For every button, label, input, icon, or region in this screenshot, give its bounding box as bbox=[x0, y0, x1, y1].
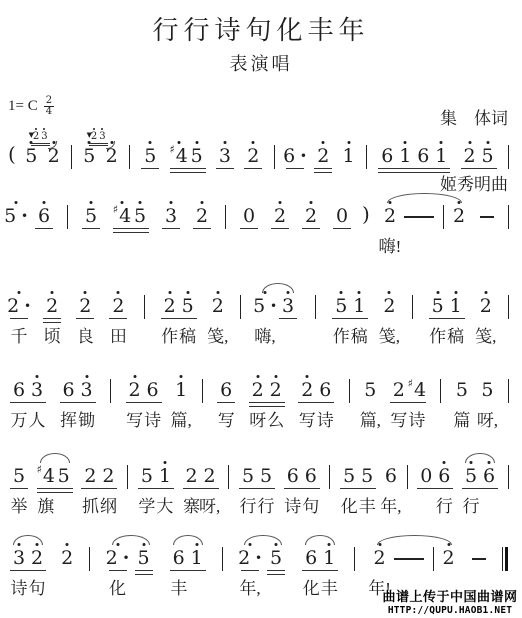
lyric: 呀, bbox=[477, 411, 498, 431]
lyric: 丰 bbox=[359, 497, 376, 517]
octave-dot bbox=[322, 141, 325, 144]
digit-row: 5 bbox=[432, 296, 444, 316]
note: 2 bbox=[59, 534, 75, 578]
note-digit: 2 bbox=[252, 380, 264, 400]
note-digit: 2 bbox=[464, 146, 476, 166]
octave-dot bbox=[121, 201, 124, 204]
note: 6万 bbox=[13, 366, 26, 410]
barline bbox=[68, 132, 75, 176]
lyric: 年, bbox=[380, 497, 401, 517]
lyric: 化 bbox=[303, 579, 320, 599]
note: 5呀, bbox=[479, 366, 495, 410]
note: 2呀 bbox=[251, 366, 264, 410]
note: 2 bbox=[463, 132, 476, 176]
note-digit: 2 bbox=[31, 548, 43, 568]
digit-row: 5· bbox=[4, 206, 28, 226]
note-digit: 4 bbox=[176, 146, 188, 166]
note: 5 bbox=[85, 192, 98, 236]
note: 5 bbox=[481, 132, 494, 176]
note-digit: 6 bbox=[220, 380, 232, 400]
octave-dot bbox=[195, 141, 198, 144]
note: 6· bbox=[288, 132, 301, 176]
note-digit: 2 bbox=[453, 206, 465, 226]
sharp-sign: ♯ bbox=[113, 204, 118, 215]
note-digit: 2 bbox=[247, 146, 259, 166]
digit-row: 5 bbox=[335, 296, 347, 316]
beam-group: 2 bbox=[242, 132, 264, 176]
lyric: 呀, bbox=[199, 497, 220, 517]
barline bbox=[86, 534, 93, 578]
note: 0 bbox=[420, 452, 433, 496]
digit-row: 5 bbox=[465, 466, 477, 486]
octave-dot bbox=[252, 141, 255, 144]
octave-dot bbox=[216, 291, 219, 294]
octave-dot bbox=[43, 128, 45, 130]
lyric: 田 bbox=[110, 327, 127, 347]
note-digit: 1 bbox=[353, 296, 365, 316]
octave-dot bbox=[117, 291, 120, 294]
barline bbox=[141, 282, 148, 326]
digit-row: 5 bbox=[343, 466, 355, 486]
note-digit: 5 bbox=[13, 466, 25, 486]
beam-group: 2 bbox=[191, 192, 213, 236]
slur-group: 5·嗨,3 bbox=[255, 282, 301, 326]
note-digit: 0 bbox=[336, 206, 348, 226]
note: 2么 bbox=[269, 366, 282, 410]
beam-group: 6丰1 bbox=[168, 534, 208, 578]
beam-group: 6· bbox=[284, 132, 306, 176]
note-digit: 6 bbox=[305, 466, 317, 486]
note: 2抓 bbox=[84, 452, 97, 496]
slur-group: 2年!2 bbox=[370, 534, 459, 578]
beam-group: 6诗6句 bbox=[282, 452, 322, 496]
note: 5 bbox=[190, 132, 203, 176]
note-digit: 6 bbox=[483, 466, 495, 486]
time-denominator: 4 bbox=[44, 107, 54, 117]
watermark-url: HTTP://QUPU.HAOB1.NET bbox=[378, 605, 522, 616]
score-system: (▼5223▼52235♯45326·21616125 bbox=[8, 132, 512, 176]
score-system: 3诗2句22·化56丰12·年,56化1丰2年!2 bbox=[8, 534, 512, 578]
note-digit: 5 bbox=[253, 296, 265, 316]
digit-row: 6· bbox=[283, 146, 307, 166]
beam-group: ♯45 bbox=[111, 192, 151, 236]
note: ♯4 bbox=[172, 132, 185, 176]
beam-group: 5 bbox=[139, 132, 161, 176]
beam-group: 5行5行 bbox=[237, 452, 277, 496]
digit-row: 2 bbox=[270, 380, 282, 400]
note: 6诗 bbox=[146, 366, 159, 410]
note-digit: 2 bbox=[204, 466, 216, 486]
barline bbox=[326, 452, 333, 496]
digit-row: 2 bbox=[384, 206, 396, 226]
octave-dot bbox=[279, 201, 282, 204]
beam-group: 2抓2纲 bbox=[79, 452, 119, 496]
song-title: 行行诗句化丰年 bbox=[0, 10, 522, 47]
digit-row: 6 bbox=[173, 548, 185, 568]
augmentation-dot: · bbox=[123, 548, 130, 568]
note: 1 bbox=[341, 132, 357, 176]
note-digit: 5 bbox=[144, 146, 156, 166]
note: 2写 bbox=[301, 366, 314, 410]
digit-row: 2 bbox=[453, 206, 465, 226]
note-digit: 5 bbox=[58, 466, 70, 486]
note: 2 bbox=[247, 132, 260, 176]
octave-dot bbox=[15, 201, 18, 204]
lyric: 写 bbox=[126, 411, 143, 431]
lyric: 千 bbox=[11, 327, 28, 347]
barline bbox=[363, 132, 370, 176]
digit-row: 5· bbox=[253, 296, 277, 316]
barline bbox=[351, 534, 358, 578]
octave-dot bbox=[177, 141, 180, 144]
digit-row: 5 bbox=[191, 146, 203, 166]
note-digit: 2 bbox=[480, 296, 492, 316]
note-digit: 3 bbox=[13, 548, 25, 568]
octave-dot bbox=[310, 201, 313, 204]
digit-row: 2 bbox=[106, 146, 118, 166]
digit-row: 2· bbox=[106, 548, 130, 568]
augmentation-dot: · bbox=[270, 296, 277, 316]
note: 3 bbox=[218, 132, 231, 176]
digit-row: ♯4 bbox=[37, 466, 55, 486]
note: 5学 bbox=[140, 452, 153, 496]
note-digit: 5 bbox=[4, 206, 16, 226]
lyric: 行 bbox=[463, 497, 480, 517]
lyric: 学 bbox=[138, 497, 155, 517]
barline bbox=[126, 132, 133, 176]
held-note-dash bbox=[470, 534, 488, 578]
barline bbox=[222, 192, 229, 236]
beam-group: 5 bbox=[80, 192, 102, 236]
key-signature: 1= C 2 4 bbox=[8, 96, 54, 117]
digit-row: 2 bbox=[129, 380, 141, 400]
grace-note: 3 bbox=[41, 127, 47, 142]
lyric: 大 bbox=[156, 497, 173, 517]
note-digit: 2 bbox=[305, 206, 317, 226]
lyric: 写 bbox=[218, 411, 235, 431]
grace-notes: 23 bbox=[31, 127, 50, 146]
watermark: 曲谱上传于中国曲谱网 HTTP://QUPU.HAOB1.NET bbox=[378, 586, 522, 616]
note-digit: 1 bbox=[399, 146, 411, 166]
beam-group: 5学1大 bbox=[136, 452, 176, 496]
lyric: 锄 bbox=[78, 411, 95, 431]
digit-row: 2 bbox=[102, 466, 114, 486]
note-digit: 2 bbox=[7, 296, 19, 316]
beam-group: 2寨2呀, bbox=[181, 452, 221, 496]
lyric: 良 bbox=[77, 327, 94, 347]
note-digit: 2 bbox=[186, 466, 198, 486]
score-system: 2·千2顷2良2田2作5稿2笺,5·嗨,35作1稿2笺,5作1稿2笺, bbox=[8, 282, 512, 326]
lyric: 嗨! bbox=[379, 237, 402, 257]
sharp-sign: ♯ bbox=[169, 144, 174, 155]
digit-row: 2 bbox=[247, 146, 259, 166]
barline bbox=[505, 282, 512, 326]
lyric: 人 bbox=[29, 411, 46, 431]
digit-row: 2 bbox=[383, 296, 395, 316]
barline bbox=[312, 282, 319, 326]
digit-row: 2 bbox=[212, 296, 224, 316]
note: 5举 bbox=[13, 452, 26, 496]
note-digit: 2 bbox=[106, 548, 118, 568]
note: 6写 bbox=[220, 366, 233, 410]
note-digit: 5 bbox=[242, 466, 254, 486]
note: 5· bbox=[8, 192, 24, 236]
digit-row: 5 bbox=[364, 380, 376, 400]
beam-group: 2顷 bbox=[41, 282, 63, 326]
sharp-sign: ♯ bbox=[37, 464, 42, 475]
digit-row: 5 bbox=[83, 146, 95, 166]
note-digit: 2 bbox=[129, 380, 141, 400]
digit-row: 2 bbox=[443, 548, 455, 568]
note: 2·千 bbox=[13, 282, 26, 326]
octave-dot bbox=[85, 375, 88, 378]
lyricist-credit: 集 体词 bbox=[440, 108, 508, 130]
lyric: 诗 bbox=[284, 497, 301, 517]
digit-row: 5 bbox=[242, 466, 254, 486]
note-digit: 5 bbox=[270, 548, 282, 568]
note-digit: 2 bbox=[48, 146, 60, 166]
digit-row: 0 bbox=[243, 206, 255, 226]
octave-dot bbox=[404, 141, 407, 144]
digit-row: 6 bbox=[438, 466, 450, 486]
beam-group: 6化1丰 bbox=[300, 534, 340, 578]
octave-dot bbox=[340, 291, 343, 294]
lyric: 诗 bbox=[317, 411, 334, 431]
octave-dot bbox=[443, 461, 446, 464]
beam-group: ♯4旗5 bbox=[35, 452, 75, 496]
note: 2 bbox=[274, 192, 287, 236]
note: 6 bbox=[417, 132, 430, 176]
octave-dot bbox=[51, 291, 54, 294]
note-digit: 6 bbox=[319, 380, 331, 400]
digit-row: 1 bbox=[353, 296, 365, 316]
note-digit: 1 bbox=[159, 466, 171, 486]
octave-dot bbox=[201, 201, 204, 204]
digit-row: 5 bbox=[85, 206, 97, 226]
digit-row: 2 bbox=[31, 548, 43, 568]
beam-group: 6写 bbox=[215, 366, 237, 410]
note-digit: 5 bbox=[482, 146, 494, 166]
note-digit: 5 bbox=[134, 206, 146, 226]
beam-group: 2良 bbox=[74, 282, 96, 326]
digit-row: ♯4 bbox=[408, 380, 426, 400]
note-digit: 4 bbox=[119, 206, 131, 226]
octave-dot bbox=[84, 291, 87, 294]
note: 2呀, bbox=[203, 452, 216, 496]
lyric: 么 bbox=[267, 411, 284, 431]
lyric: 丰 bbox=[321, 579, 338, 599]
barline bbox=[346, 366, 353, 410]
note-digit: 2 bbox=[393, 380, 405, 400]
note-digit: 2 bbox=[384, 206, 396, 226]
note-digit: 5 bbox=[432, 296, 444, 316]
lyric: 写 bbox=[390, 411, 407, 431]
digit-row: 0 bbox=[336, 206, 348, 226]
note-digit: 2 bbox=[274, 206, 286, 226]
octave-dot bbox=[484, 291, 487, 294]
note-digit: 2 bbox=[164, 296, 176, 316]
lyric: 笺, bbox=[207, 327, 228, 347]
octave-dot bbox=[149, 141, 152, 144]
note: 5 bbox=[134, 192, 147, 236]
note-digit: 2 bbox=[383, 296, 395, 316]
note-digit: 5 bbox=[85, 206, 97, 226]
note: 3人 bbox=[31, 366, 44, 410]
note: 1 bbox=[399, 132, 412, 176]
grace-notes: 23 bbox=[89, 127, 108, 146]
beam-group: 3 bbox=[214, 132, 236, 176]
score-system: 5举♯4旗52抓2纲5学1大2寨2呀,5行5行6诗6句5化5丰6年,06行5行6 bbox=[8, 452, 512, 496]
note-digit: 1 bbox=[175, 380, 187, 400]
lyric: 稿 bbox=[447, 327, 464, 347]
beam-group: 3诗2句 bbox=[8, 534, 48, 578]
note-digit: 6 bbox=[173, 548, 185, 568]
lyric: 行 bbox=[258, 497, 275, 517]
note-digit: 6 bbox=[305, 548, 317, 568]
note: 5作 bbox=[431, 282, 444, 326]
octave-dot bbox=[358, 291, 361, 294]
note-digit: 3 bbox=[219, 146, 231, 166]
barline bbox=[271, 132, 278, 176]
lyric: 万 bbox=[11, 411, 28, 431]
octave-dot bbox=[170, 201, 173, 204]
barline bbox=[199, 366, 206, 410]
digit-row: 1 bbox=[343, 146, 355, 166]
note: 5篇 bbox=[454, 366, 470, 410]
lyric: 呀 bbox=[249, 411, 266, 431]
beam-group: 0 bbox=[331, 192, 353, 236]
digit-row: 2 bbox=[374, 548, 386, 568]
note-digit: 5 bbox=[182, 296, 194, 316]
note: 2 bbox=[317, 132, 330, 176]
note: 5化 bbox=[343, 452, 356, 496]
digit-row: 3 bbox=[80, 380, 92, 400]
digit-row: 5 bbox=[144, 146, 156, 166]
beam-group: 2 bbox=[269, 192, 291, 236]
digit-row: 5 bbox=[481, 380, 493, 400]
slur-group: 2·化5 bbox=[105, 534, 157, 578]
note: 5稿 bbox=[181, 282, 194, 326]
note-digit: 3 bbox=[80, 380, 92, 400]
note: 1稿 bbox=[353, 282, 366, 326]
digit-row: 6 bbox=[319, 380, 331, 400]
note-digit: 1 bbox=[435, 146, 447, 166]
note: 6诗 bbox=[286, 452, 299, 496]
beam-group: 2写6诗 bbox=[124, 366, 164, 410]
digit-row: 6 bbox=[385, 466, 397, 486]
octave-dot bbox=[306, 375, 309, 378]
note: 2田 bbox=[112, 282, 125, 326]
octave-dot bbox=[223, 141, 226, 144]
digit-row: 2 bbox=[393, 380, 405, 400]
lyric: 笺, bbox=[379, 327, 400, 347]
note: 2 bbox=[305, 192, 318, 236]
digit-row: 5 bbox=[58, 466, 70, 486]
digit-row: ♯4 bbox=[113, 206, 131, 226]
note: ♯4诗 bbox=[410, 366, 423, 410]
beam-group: 0 bbox=[238, 192, 260, 236]
note-digit: 0 bbox=[420, 466, 432, 486]
note-digit: 6 bbox=[62, 380, 74, 400]
beam-group: 5行6 bbox=[460, 452, 500, 496]
note: 1 bbox=[435, 132, 448, 176]
octave-dot bbox=[436, 291, 439, 294]
beam-group: ♯45 bbox=[168, 132, 208, 176]
augmentation-dot: · bbox=[300, 146, 307, 166]
note-digit: 6 bbox=[13, 380, 25, 400]
octave-dot bbox=[35, 128, 37, 130]
note: 5行 bbox=[242, 452, 255, 496]
note: 3 bbox=[165, 192, 178, 236]
note-digit: 2 bbox=[106, 146, 118, 166]
slur-group: 2嗨!2 bbox=[380, 192, 469, 236]
digit-row: 6 bbox=[38, 206, 50, 226]
note: 3锄 bbox=[80, 366, 93, 410]
note: 6 bbox=[38, 192, 51, 236]
barline bbox=[505, 192, 512, 236]
digit-row: 3 bbox=[219, 146, 231, 166]
note-digit: 6 bbox=[385, 466, 397, 486]
note-digit: 5 bbox=[137, 548, 149, 568]
lyric: 行 bbox=[436, 497, 453, 517]
octave-dot bbox=[36, 375, 39, 378]
digit-row: 2 bbox=[301, 380, 313, 400]
digit-row: 2 bbox=[252, 380, 264, 400]
octave-dot bbox=[93, 128, 95, 130]
note-digit: 2 bbox=[270, 380, 282, 400]
note-digit: 2 bbox=[196, 206, 208, 226]
note: 2纲 bbox=[102, 452, 115, 496]
digit-row: 2 bbox=[79, 296, 91, 316]
note: 2 bbox=[196, 192, 209, 236]
lyric: 举 bbox=[11, 497, 28, 517]
barline bbox=[409, 282, 416, 326]
note: ♯4 bbox=[116, 192, 129, 236]
digit-row: 2 bbox=[112, 296, 124, 316]
note: 2写 bbox=[128, 366, 141, 410]
note: 2顷 bbox=[46, 282, 59, 326]
octave-dot bbox=[388, 291, 391, 294]
score: (▼5223▼52235♯45326·216161255·65♯45320220… bbox=[8, 132, 512, 578]
octave-dot bbox=[347, 141, 350, 144]
final-barline bbox=[499, 534, 512, 578]
octave-dot bbox=[168, 291, 171, 294]
digit-row: 2 bbox=[274, 206, 286, 226]
digit-row: 2 bbox=[196, 206, 208, 226]
note-digit: 2 bbox=[238, 548, 250, 568]
digit-row: 1 bbox=[323, 548, 335, 568]
digit-row: 5 bbox=[361, 466, 373, 486]
watermark-text: 曲谱上传于中国曲谱网 bbox=[378, 586, 522, 605]
note-digit: 2 bbox=[112, 296, 124, 316]
digit-row: 1 bbox=[450, 296, 462, 316]
lyric: 行 bbox=[240, 497, 257, 517]
lyric: 丰 bbox=[170, 579, 187, 599]
note: 6 bbox=[381, 132, 394, 176]
note-digit: 5 bbox=[25, 146, 37, 166]
note: 5 bbox=[144, 132, 157, 176]
lyric: 寨 bbox=[183, 497, 200, 517]
lyric: 抓 bbox=[82, 497, 99, 517]
augmentation-dot: · bbox=[24, 296, 31, 316]
digit-row: 5 bbox=[456, 380, 468, 400]
beam-group: 2田 bbox=[107, 282, 129, 326]
octave-dot bbox=[440, 141, 443, 144]
note-digit: 2 bbox=[79, 296, 91, 316]
note-digit: 6 bbox=[438, 466, 450, 486]
note-digit: 5 bbox=[260, 466, 272, 486]
lyric: 化 bbox=[109, 579, 126, 599]
